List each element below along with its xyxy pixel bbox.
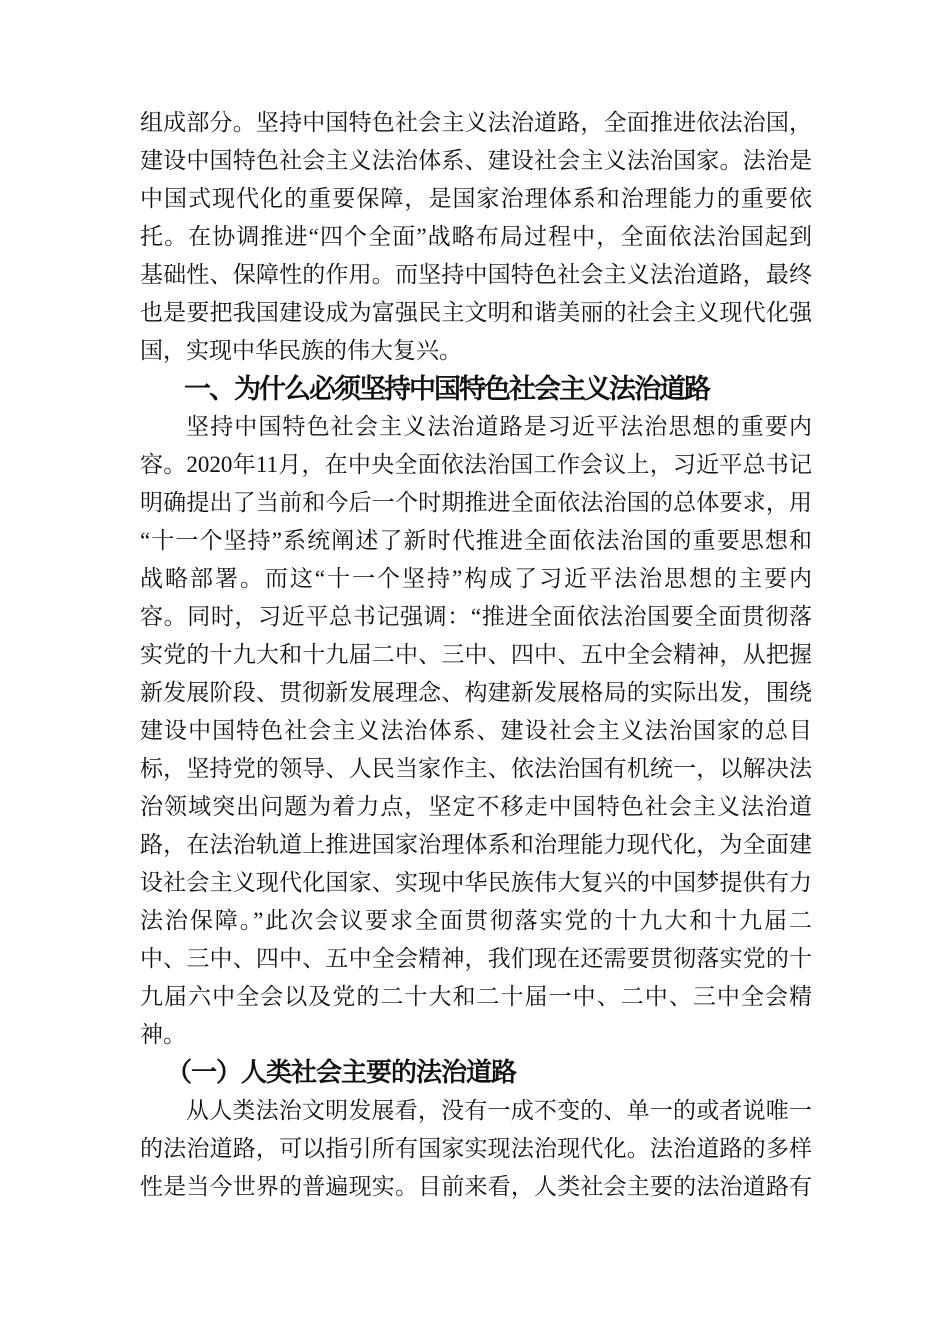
paragraph-intro-line: 建设中国特色社会主义法治体系、建设社会主义法治国家。法治是 [140, 142, 812, 180]
paragraph-section-1-line: 治领域突出问题为着力点，坚定不移走中国特色社会主义法治道 [140, 788, 812, 826]
paragraph-section-1-line: 中、三中、四中、五中全会精神，我们现在还需要贯彻落实党的十 [140, 940, 812, 978]
text-block: 组成部分。坚持中国特色社会主义法治道路，全面推进依法治国，建设中国特色社会主义法… [140, 104, 812, 1206]
paragraph-section-1-line: “十一个坚持”系统阐述了新时代推进全面依法治国的重要思想和 [140, 522, 812, 560]
paragraph-intro-line: 托。在协调推进“四个全面”战略布局过程中，全面依法治国起到 [140, 218, 812, 256]
paragraph-intro-line: 国，实现中华民族的伟大复兴。 [140, 332, 812, 370]
paragraph-section-1-line: 容。2020年11月，在中央全面依法治国工作会议上，习近平总书记 [140, 446, 812, 484]
paragraph-section-1-line: 法治保障。”此次会议要求全面贯彻落实党的十九大和十九届二 [140, 902, 812, 940]
paragraph-section-1-line: 实党的十九大和十九届二中、三中、四中、五中全会精神，从把握 [140, 636, 812, 674]
paragraph-section-1-line: 九届六中全会以及党的二十大和二十届一中、二中、三中全会精 [140, 978, 812, 1016]
paragraph-section-1-line: 设社会主义现代化国家、实现中华民族伟大复兴的中国梦提供有力 [140, 864, 812, 902]
section-heading-1: 一、为什么必须坚持中国特色社会主义法治道路 [140, 370, 812, 408]
paragraph-section-1-line: 容。同时，习近平总书记强调：“推进全面依法治国要全面贯彻落 [140, 598, 812, 636]
paragraph-section-1-1-line: 性是当今世界的普遍现实。目前来看，人类社会主要的法治道路有 [140, 1168, 812, 1206]
paragraph-section-1-1-line: 的法治道路，可以指引所有国家实现法治现代化。法治道路的多样 [140, 1130, 812, 1168]
paragraph-intro-line: 基础性、保障性的作用。而坚持中国特色社会主义法治道路，最终 [140, 256, 812, 294]
section-heading-1-1: （一）人类社会主要的法治道路 [140, 1054, 812, 1092]
paragraph-section-1-line: 标，坚持党的领导、人民当家作主、依法治国有机统一，以解决法 [140, 750, 812, 788]
paragraph-section-1-line: 神。 [140, 1016, 812, 1054]
paragraph-section-1-line: 坚持中国特色社会主义法治道路是习近平法治思想的重要内 [140, 408, 812, 446]
paragraph-intro-line: 组成部分。坚持中国特色社会主义法治道路，全面推进依法治国， [140, 104, 812, 142]
paragraph-section-1-line: 路，在法治轨道上推进国家治理体系和治理能力现代化，为全面建 [140, 826, 812, 864]
paragraph-section-1-line: 明确提出了当前和今后一个时期推进全面依法治国的总体要求，用 [140, 484, 812, 522]
paragraph-section-1-1-line: 从人类法治文明发展看，没有一成不变的、单一的或者说唯一 [140, 1092, 812, 1130]
paragraph-section-1-line: 战略部署。而这“十一个坚持”构成了习近平法治思想的主要内 [140, 560, 812, 598]
document-page: 组成部分。坚持中国特色社会主义法治道路，全面推进依法治国，建设中国特色社会主义法… [0, 0, 950, 1344]
paragraph-intro-line: 也是要把我国建设成为富强民主文明和谐美丽的社会主义现代化强 [140, 294, 812, 332]
paragraph-section-1-line: 新发展阶段、贯彻新发展理念、构建新发展格局的实际出发，围绕 [140, 674, 812, 712]
paragraph-intro-line: 中国式现代化的重要保障，是国家治理体系和治理能力的重要依 [140, 180, 812, 218]
paragraph-section-1-line: 建设中国特色社会主义法治体系、建设社会主义法治国家的总目 [140, 712, 812, 750]
